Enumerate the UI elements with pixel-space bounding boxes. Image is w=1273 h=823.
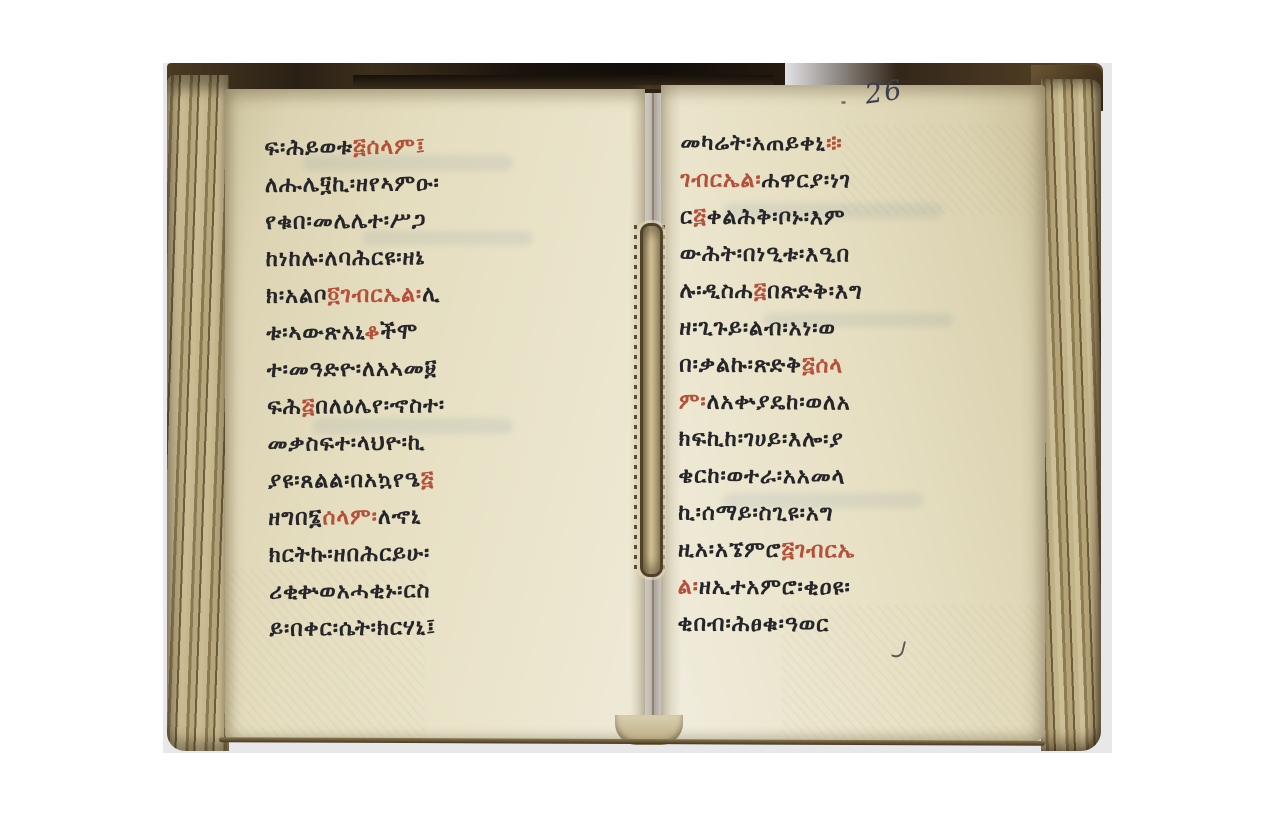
rubric-text-segment: ል፡ [678, 574, 699, 599]
text-segment: ቱ፡ኣውጽአኒ [266, 320, 364, 346]
text-line: ል፡ዘኢተአምሮ፡ቂዐዩ፡ [678, 568, 861, 606]
text-line: ም፡ለአቍያዴከ፡ወለአ [679, 383, 862, 421]
rubric-text-segment: ፭ [753, 279, 767, 304]
text-line: መካሬት፡አጠይቀኒ፨ [680, 124, 863, 162]
gutter-fold-line [652, 571, 654, 729]
text-segment: በለዕሌየ፡ኆስተ፡ [315, 393, 445, 419]
text-segment: ሪቂቍወአሓቂኑ፡ርስ [269, 578, 431, 605]
right-page-text: መካሬት፡አጠይቀኒ፨ገብርኤል፡ሐዋርያ፡ነገር፭ቀልሕቅ፡ቦኑ፡እምውሕት፡… [677, 124, 863, 643]
page-number: 26 [863, 74, 905, 110]
text-segment: ይ፡በቀር፡ሴት፡ክርሃኒ፤ [269, 615, 436, 642]
text-line: ሪቂቍወአሓቂኑ፡ርስ [269, 572, 447, 611]
text-segment: ያዩ፡ጸልል፡በአኳየዔ [268, 467, 421, 494]
page-edges-left [167, 75, 229, 751]
rubric-text-segment: ፭ [421, 467, 435, 492]
rubric-text-segment: ፭ [693, 205, 707, 230]
text-segment: ውሕት፡በነዒቱ፡እዒበ [680, 241, 851, 267]
ink-dot [841, 101, 846, 104]
text-segment: ዘ፡ጊጉይ፡ልብ፡አነ፡ወ [679, 315, 836, 341]
text-line: ውሕት፡በነዒቱ፡እዒበ [680, 235, 863, 273]
text-line: ፍ፡ሕይወቱ፭ሰላም፤ [264, 128, 442, 167]
text-segment: በጽድቅ፡እግ [767, 279, 863, 305]
rubric-text-segment: ቆ [364, 320, 380, 345]
text-segment: ቀልሕቅ፡ቦኑ፡እም [707, 205, 846, 231]
parchment-texture [841, 125, 1041, 215]
rubric-text-segment: ፭ገብርኤ [781, 538, 855, 563]
text-segment: ተ፡መዓድዮ፡ለአኣመ፱ [267, 356, 438, 383]
left-page-text: ፍ፡ሕይወቱ፭ሰላም፤ለሑሌ፶ኪ፡ዘየኣምዑ፡የቁበ፡መሌሌተ፡ሥጋከነከሉ፡ለ… [264, 128, 447, 648]
text-line: ቄርከ፡ወተራ፡አአመላ [678, 457, 861, 495]
text-segment: ኪ፡ሰማይ፡ስጊዩ፡አግ [678, 500, 833, 526]
text-line: ለሑሌ፶ኪ፡ዘየኣምዑ፡ [265, 165, 443, 204]
text-segment: ክፍኪከ፡ገሀይ፡እሎ፡ያ [679, 426, 844, 452]
text-line: ክ፡አልቦ፬ገብርኤል፡ሊ [266, 276, 444, 315]
text-line: ዘግበ፮ሰላም፡ለኆኒ [268, 498, 446, 537]
rubric-text-segment: ም፡ [679, 389, 707, 414]
text-segment: ሊ [422, 282, 440, 307]
text-line: ዚአ፡አኜምሮ፭ገብርኤ [678, 531, 861, 569]
text-line: በ፡ቃልኩ፡ጽድቅ፭ሰላ [679, 346, 862, 384]
rubric-text-segment: ገብርኤል፡ [680, 167, 762, 192]
text-segment: ዘግበ፮ [268, 505, 322, 531]
sewing-stitches [634, 225, 637, 569]
text-line: ቂበብ፡ሕፀቁ፡ዓወር [677, 605, 860, 643]
text-segment: በ፡ቃልኩ፡ጽድቅ [679, 352, 802, 378]
text-segment: ለኆኒ [378, 504, 422, 529]
text-line: መቃስፍተ፡ላህዮ፡ኪ [267, 424, 445, 463]
text-line: ቱ፡ኣውጽአኒቆችሞ [266, 313, 444, 352]
text-line: ኪ፡ሰማይ፡ስጊዩ፡አግ [678, 494, 861, 532]
text-line: ተ፡መዓድዮ፡ለአኣመ፱ [267, 350, 445, 389]
text-segment: የቁበ፡መሌሌተ፡ሥጋ [265, 208, 426, 235]
text-line: የቁበ፡መሌሌተ፡ሥጋ [265, 202, 443, 241]
screenshot-canvas: 26 ፍ፡ሕይወቱ፭ሰላም፤ለሑሌ፶ኪ፡ዘየኣምዑ፡የቁበ፡መሌሌተ፡ሥጋከነከ… [0, 0, 1273, 823]
text-segment: ከነከሉ፡ለባሕርዩ፡ዘኔ [266, 245, 426, 272]
rubric-text-segment: ፨ [826, 131, 843, 156]
manuscript-photo: 26 ፍ፡ሕይወቱ፭ሰላም፤ለሑሌ፶ኪ፡ዘየኣምዑ፡የቁበ፡መሌሌተ፡ሥጋከነከ… [163, 63, 1112, 753]
text-segment: ክርትኩ፡ዘበሕርይሁ፡ [269, 541, 431, 568]
text-line: ክፍኪከ፡ገሀይ፡እሎ፡ያ [679, 420, 862, 458]
text-line: ክርትኩ፡ዘበሕርይሁ፡ [269, 535, 447, 574]
text-segment: ለአቍያዴከ፡ወለአ [707, 390, 851, 416]
text-line: ዘ፡ጊጉይ፡ልብ፡አነ፡ወ [679, 309, 862, 347]
text-segment: መካሬት፡አጠይቀኒ [680, 130, 826, 156]
rubric-text-segment: ፭ሰላ [802, 353, 843, 378]
text-segment: ዚአ፡አኜምሮ [678, 537, 782, 563]
text-segment: ቂበብ፡ሕፀቁ፡ዓወር [677, 611, 829, 637]
rubric-text-segment: ፭ሰላም፤ [353, 134, 426, 160]
text-segment: ዘኢተአምሮ፡ቂዐዩ፡ [699, 575, 851, 601]
rubric-text-segment: ፬ገብርኤል፡ [327, 282, 422, 308]
text-line: ር፭ቀልሕቅ፡ቦኑ፡እም [680, 198, 863, 236]
text-segment: ሐዋርያ፡ነገ [762, 168, 851, 194]
text-segment: ለሑሌ፶ኪ፡ዘየኣምዑ፡ [265, 171, 440, 198]
text-line: ከነከሉ፡ለባሕርዩ፡ዘኔ [265, 239, 443, 278]
rubric-text-segment: ሰላም፡ [322, 505, 378, 531]
page-edges-right [1041, 79, 1101, 751]
text-segment: ችሞ [380, 319, 418, 344]
text-segment: ር [680, 204, 693, 229]
text-segment: ፍሕ [267, 395, 302, 420]
text-line: ይ፡በቀር፡ሴት፡ክርሃኒ፤ [269, 609, 447, 648]
text-line: ፍሕ፭በለዕሌየ፡ኆስተ፡ [267, 387, 445, 426]
text-segment: መቃስፍተ፡ላህዮ፡ኪ [267, 430, 425, 457]
text-line: ያዩ፡ጸልል፡በአኳየዔ፭ [268, 461, 446, 500]
text-segment: ቄርከ፡ወተራ፡አአመላ [678, 463, 845, 489]
text-line: ሉ፡ዲስሐ፭በጽድቅ፡እግ [679, 272, 862, 310]
sewing-channel [640, 223, 663, 577]
gutter-fold-line [652, 93, 654, 223]
text-segment: ሉ፡ዲስሐ [679, 278, 753, 303]
text-segment: ክ፡አልቦ [266, 283, 328, 309]
text-segment: ፍ፡ሕይወቱ [264, 135, 353, 161]
rubric-text-segment: ፭ [302, 394, 316, 419]
text-line: ገብርኤል፡ሐዋርያ፡ነገ [680, 161, 863, 199]
